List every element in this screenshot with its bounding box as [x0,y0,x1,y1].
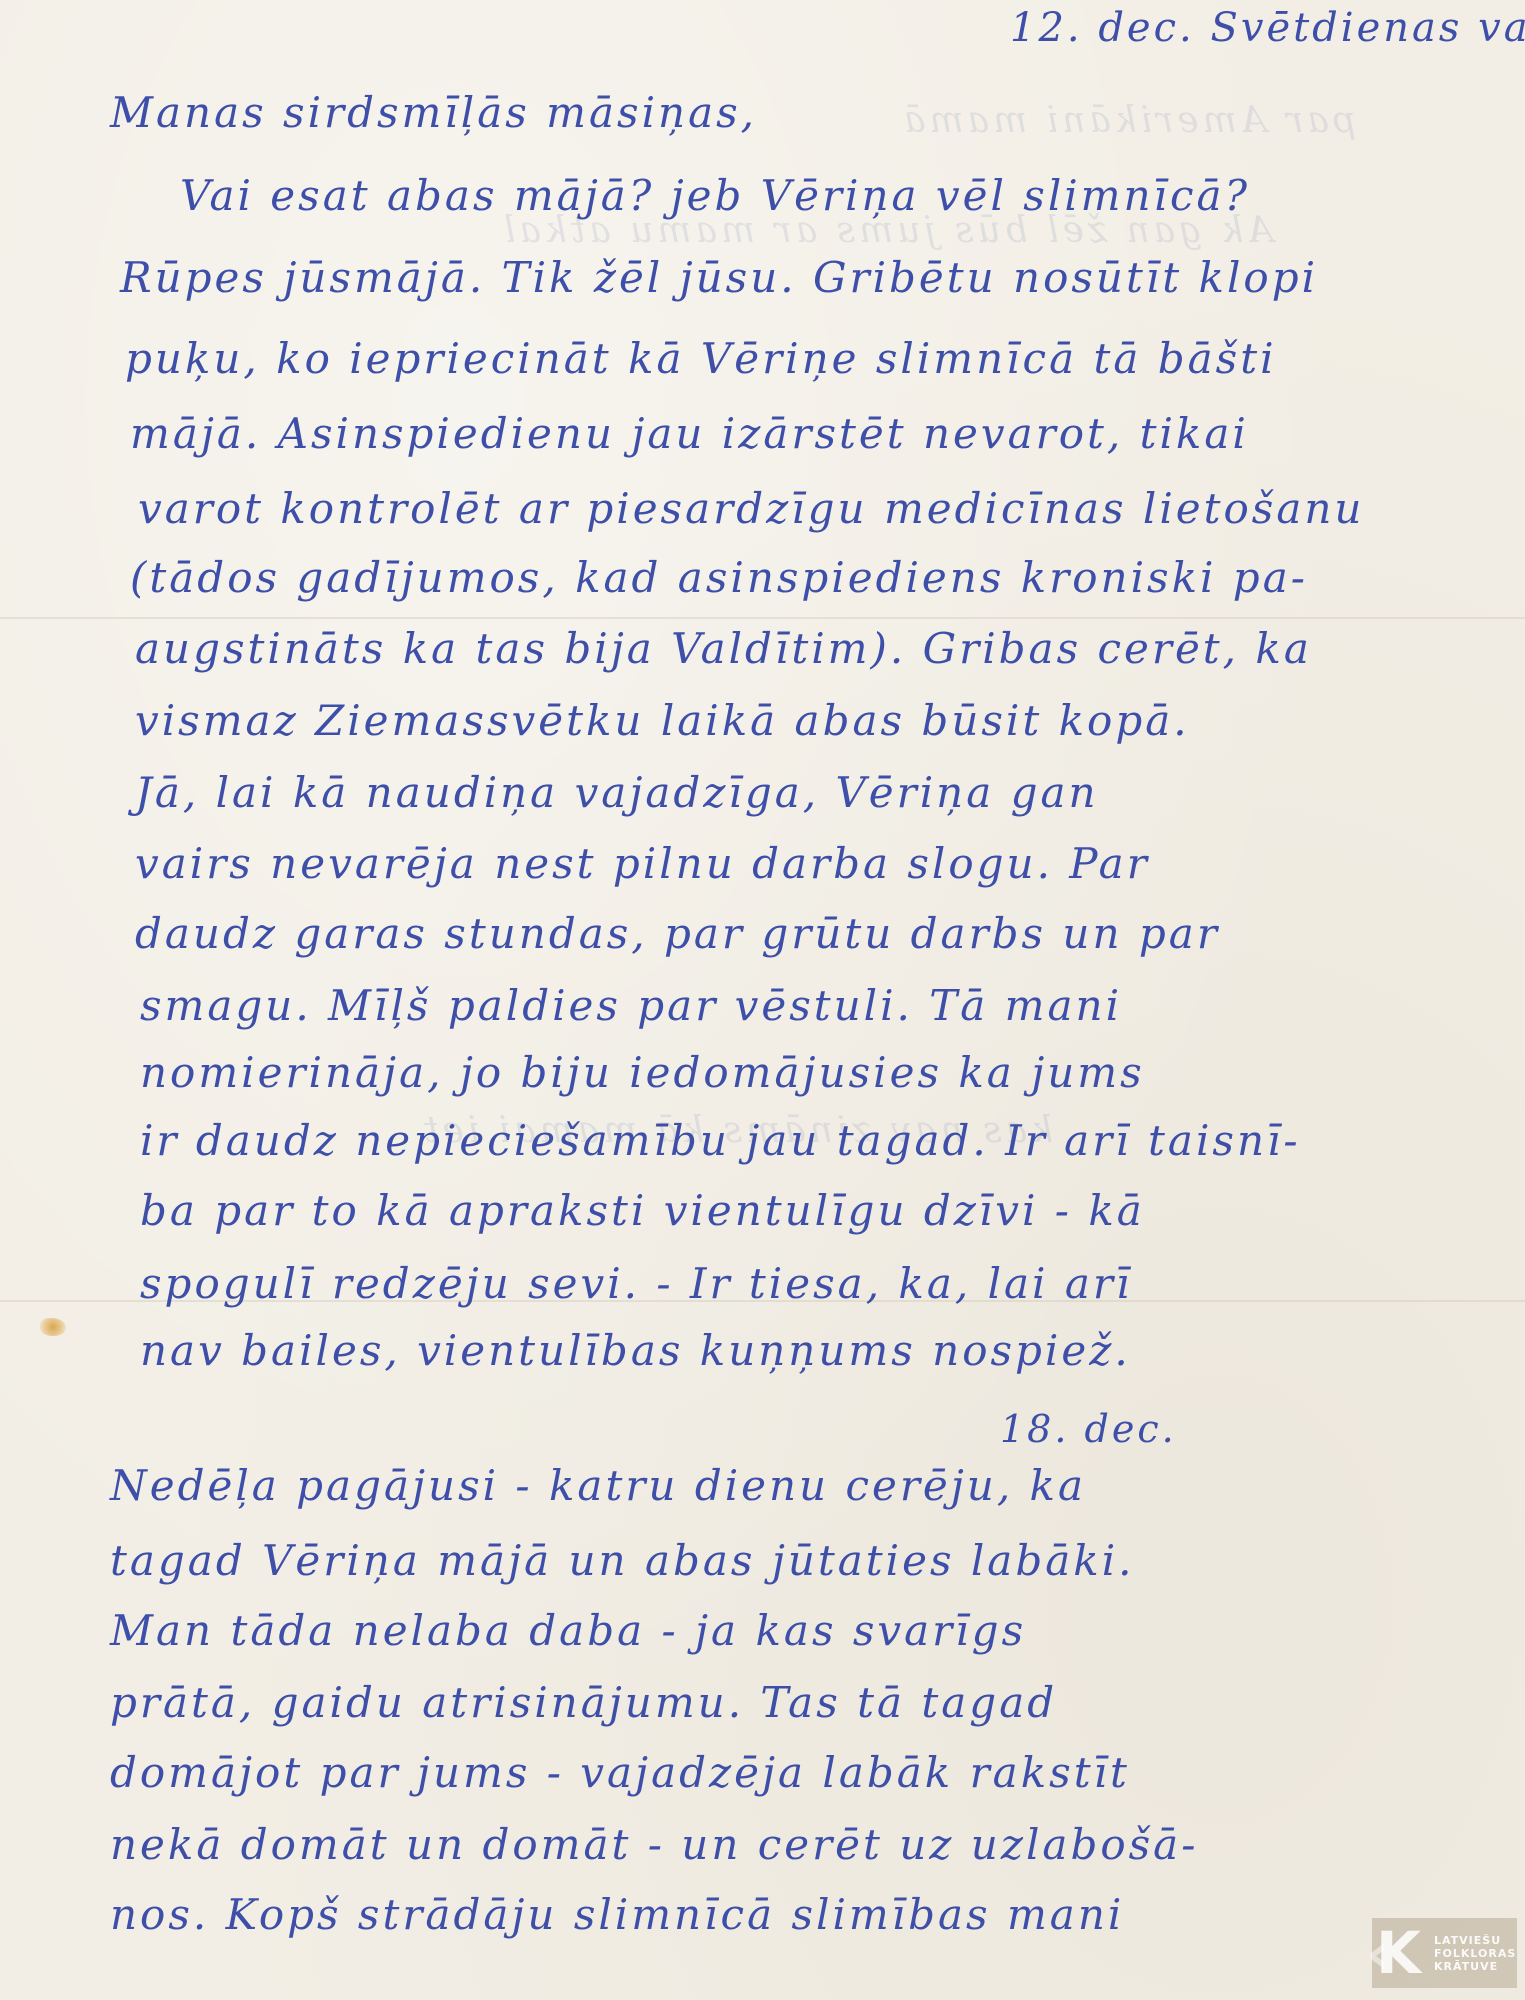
letter-line: Nedēļa pagājusi - katru dienu cerēju, ka [110,1465,1086,1507]
salutation: Manas sirdsmīļās māsiņas, [110,92,757,134]
archive-name-line: LATVIEŠU [1434,1934,1516,1947]
letter-line: daudz garas stundas, par grūtu darbs un … [135,913,1220,955]
letter-line: augstināts ka tas bija Valdītim). Gribas… [135,628,1312,670]
archive-logo-icon: ‹ K [1372,1918,1430,1988]
letter-line: nos. Kopš strādāju slimnīcā slimības man… [110,1894,1124,1936]
letter-line: mājā. Asinspiedienu jau izārstēt nevarot… [130,413,1249,455]
letter-line: (tādos gadījumos, kad asinspiediens kron… [130,557,1308,599]
letter-line: smagu. Mīļš paldies par vēstuli. Tā mani [140,985,1122,1027]
letter-line: nekā domāt un domāt - un cerēt uz uzlabo… [110,1824,1198,1866]
second-date: 18. dec. [1000,1410,1177,1448]
letter-line: tagad Vēriņa mājā un abas jūtaties labāk… [110,1540,1135,1582]
paper-fold-line [0,617,1525,619]
letter-line: domājot par jums - vajadzēja labāk rakst… [110,1752,1130,1794]
bleed-through-text: par Amerikāni mamā [900,100,1356,141]
letter-line: vismaz Ziemassvētku laikā abas būsit kop… [135,700,1190,742]
letter-line: Rūpes jūsmājā. Tik žēl jūsu. Gribētu nos… [120,257,1318,299]
letter-line: nav bailes, vientulības kuņņums nospiež. [140,1330,1131,1372]
archive-name-line: KRĀTUVE [1434,1960,1516,1973]
letter-line: Jā, lai kā naudiņa vajadzīga, Vēriņa gan [135,772,1099,814]
letter-line: varot kontrolēt ar piesardzīgu medicīnas… [138,488,1364,530]
letter-line: Man tāda nelaba daba - ja kas svarīgs [110,1610,1026,1652]
archive-watermark: ‹ K LATVIEŠU FOLKLORAS KRĀTUVE [1372,1918,1517,1988]
letter-line: puķu, ko iepriecināt kā Vēriņe slimnīcā … [125,338,1277,380]
paper-stain [40,1318,66,1336]
letter-line: ba par to kā apraksti vientulīgu dzīvi -… [140,1190,1145,1232]
letter-line: ir daudz nepieciešamību jau tagad. Ir ar… [140,1120,1301,1162]
letter-line: Vai esat abas mājā? jeb Vēriņa vēl slimn… [180,175,1250,217]
letter-line: spogulī redzēju sevi. - Ir tiesa, ka, la… [140,1263,1132,1305]
letter-line: vairs nevarēja nest pilnu darba slogu. P… [135,843,1150,885]
letter-line: nomierināja, jo biju iedomājusies ka jum… [140,1052,1145,1094]
archive-name: LATVIEŠU FOLKLORAS KRĀTUVE [1430,1934,1516,1973]
archive-name-line: FOLKLORAS [1434,1947,1516,1960]
letter-line: prātā, gaidu atrisinājumu. Tas tā tagad [110,1682,1057,1724]
header-date: 12. dec. Svētdienas vakarā [1010,8,1525,48]
